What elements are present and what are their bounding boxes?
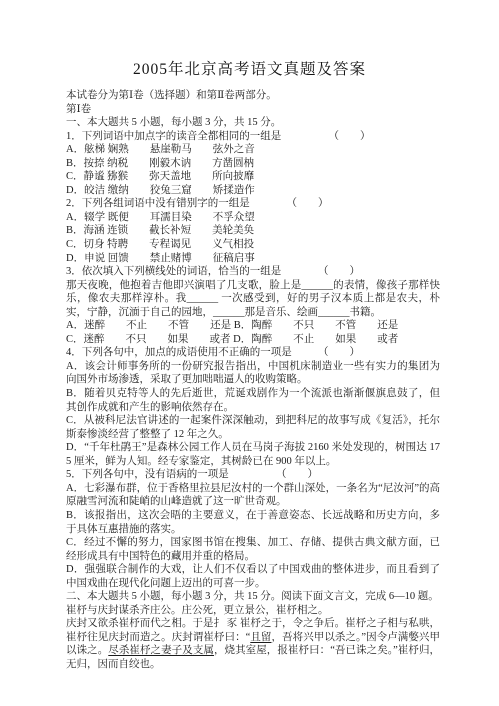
text-line: 第Ⅰ卷 <box>66 103 440 117</box>
text-line: D．申说 回馈 禁止赌博 征稿启事 <box>66 252 440 266</box>
text-line: B．随着贝克特等人的先后逝世，荒诞戏剧作为一个流派也渐渐偃旗息鼓了，但其创作成就… <box>66 387 440 414</box>
underlined-text: 尽杀崔杼之妻子及支属 <box>108 645 214 656</box>
text-line: 崔杼与庆封谋杀齐庄公。庄公死，更立景公，崔杼相之。 <box>66 604 440 618</box>
text-line: C．切身 特聘 专程谒见 义气相投 <box>66 238 440 252</box>
text-segment: 二、本大题共 5 小题，每小题 3 分，共 15 分。阅读下面文言文，完成 6—… <box>66 591 439 602</box>
underlined-text: 且留 <box>250 632 271 643</box>
document-body: 本试卷分为第Ⅰ卷（选择题）和第Ⅱ卷两部分。第Ⅰ卷一、本大题共 5 小题，每小题 … <box>66 89 440 672</box>
text-segment: 1．下列词语中加点字的读音全都相同的一组是 （ ） <box>66 131 371 142</box>
text-segment: 3．依次填入下列横线处的词语，恰当的一组是 （ ） <box>66 266 360 277</box>
text-line: C．经过不懈的努力，国家图书馆在搜集、加工、存储、提供古典文献方面，已经形成具有… <box>66 536 440 563</box>
text-line: C．从被科尼法官讲述的一起案件深深触动，到把科尼的故事写成《复活》，托尔斯泰惨淡… <box>66 414 440 441</box>
text-line: A．辍学 既便 耳濡目染 不孚众望 <box>66 211 440 225</box>
text-line: B．该报指出，这次会晤的主要意义，在于善意姿态、长远战略和历史方向，多于具体互惠… <box>66 509 440 536</box>
text-line: A．该会计师事务所的一份研究报告指出，中国机床制造业一些有实力的集团为向国外市场… <box>66 360 440 387</box>
exam-document-page: 2005年北京高考语文真题及答案 本试卷分为第Ⅰ卷（选择题）和第Ⅱ卷两部分。第Ⅰ… <box>0 0 499 706</box>
text-line: C．静谧 猕猴 弥天盖地 所向披靡 <box>66 170 440 184</box>
text-segment: D．“千年杜鹃王”是森林公园工作人员在马岗子海拔 2160 米处发现的，树围达 … <box>66 442 440 467</box>
text-segment: B．海涵 连锁 截长补短 美轮美奂 <box>66 225 254 236</box>
text-segment: 第Ⅰ卷 <box>66 104 91 115</box>
text-segment: B．随着贝克特等人的先后逝世，荒诞戏剧作为一个流派也渐渐偃旗息鼓了，但其创作成就… <box>66 388 440 413</box>
text-line: 一、本大题共 5 小题，每小题 3 分，共 15 分。 <box>66 116 440 130</box>
text-segment: B．按捺 纳税 刚毅木讷 方凿圆枘 <box>66 158 254 169</box>
text-segment: 本试卷分为第Ⅰ卷（选择题）和第Ⅱ卷两部分。 <box>66 90 277 101</box>
text-line: 4．下列各句中，加点的成语使用不正确的一项是 （ ） <box>66 346 440 360</box>
text-segment: C．静谧 猕猴 弥天盖地 所向披靡 <box>66 171 254 182</box>
text-segment: 5．下列各句中，没有语病的一项是 （ ） <box>66 469 318 480</box>
text-line: A．迷醉 不止 不管 还是 B．陶醉 不只 不管 还是 <box>66 319 440 333</box>
text-line: 5．下列各句中，没有语病的一项是 （ ） <box>66 468 440 482</box>
text-line: 1．下列词语中加点字的读音全都相同的一组是 （ ） <box>66 130 440 144</box>
text-segment: C．经过不懈的努力，国家图书馆在搜集、加工、存储、提供古典文献方面，已经形成具有… <box>66 537 440 562</box>
text-segment: A．迷醉 不止 不管 还是 B．陶醉 不只 不管 还是 <box>66 320 398 331</box>
text-segment: A．七彩瀑布群，位于香格里拉县尼汝村的一个群山深处，一条名为“尼汝河”的高原融雪… <box>66 483 440 508</box>
text-segment: 4．下列各句中，加点的成语使用不正确的一项是 （ ） <box>66 347 360 358</box>
text-segment: 一、本大题共 5 小题，每小题 3 分，共 15 分。 <box>66 117 281 128</box>
text-line: 本试卷分为第Ⅰ卷（选择题）和第Ⅱ卷两部分。 <box>66 89 440 103</box>
text-line: 那天夜晚，他抱着吉他即兴演唱了几支歌，脸上是______的表情，像孩子那样快乐，… <box>66 279 440 320</box>
text-line: D．强强联合制作的大戏，让人们不仅看以了中国戏曲的整体进步，而且看到了中国戏曲在… <box>66 563 440 590</box>
text-line: 二、本大题共 5 小题，每小题 3 分，共 15 分。阅读下面文言文，完成 6—… <box>66 590 440 604</box>
text-segment: D．皎洁 缴纳 狡兔三窟 矫揉造作 <box>66 185 255 196</box>
text-segment: D．强强联合制作的大戏，让人们不仅看以了中国戏曲的整体进步，而且看到了中国戏曲在… <box>66 564 440 589</box>
text-line: B．按捺 纳税 刚毅木讷 方凿圆枘 <box>66 157 440 171</box>
text-segment: D．申说 回馈 禁止赌博 征稿启事 <box>66 253 255 264</box>
text-segment: 那天夜晚，他抱着吉他即兴演唱了几支歌，脸上是______的表情，像孩子那样快乐，… <box>66 280 440 318</box>
text-segment: C．从被科尼法官讲述的一起案件深深触动，到把科尼的故事写成《复活》，托尔斯泰惨淡… <box>66 415 440 440</box>
text-segment: 崔杼与庆封谋杀齐庄公。庄公死，更立景公，崔杼相之。 <box>66 605 329 616</box>
text-segment: B．该报指出，这次会晤的主要意义，在于善意姿态、长远战略和历史方向，多于具体互惠… <box>66 510 440 535</box>
text-segment: C．迷醉 不只 如果 或者 D．陶醉 不止 如果 或者 <box>66 334 398 345</box>
text-segment: 2．下列各组词语中没有错别字的一组是 （ ） <box>66 198 329 209</box>
text-line: 庆封又欲杀崔杼而代之相。于是扌 豕 崔杼之于，令之争后。崔杼之子相与私哄，崔杼往… <box>66 617 440 671</box>
text-line: D．“千年杜鹃王”是森林公园工作人员在马岗子海拔 2160 米处发现的，树围达 … <box>66 441 440 468</box>
text-line: C．迷醉 不只 如果 或者 D．陶醉 不止 如果 或者 <box>66 333 440 347</box>
text-line: D．皎洁 缴纳 狡兔三窟 矫揉造作 <box>66 184 440 198</box>
text-line: A．舷梯 娴熟 悬崖勒马 弦外之音 <box>66 143 440 157</box>
text-segment: A．舷梯 娴熟 悬崖勒马 弦外之音 <box>66 144 255 155</box>
page-title: 2005年北京高考语文真题及答案 <box>0 0 499 79</box>
text-segment: A．该会计师事务所的一份研究报告指出，中国机床制造业一些有实力的集团为向国外市场… <box>66 361 440 386</box>
text-line: B．海涵 连锁 截长补短 美轮美奂 <box>66 224 440 238</box>
text-segment: A．辍学 既便 耳濡目染 不孚众望 <box>66 212 255 223</box>
text-segment: C．切身 特聘 专程谒见 义气相投 <box>66 239 254 250</box>
text-line: 3．依次填入下列横线处的词语，恰当的一组是 （ ） <box>66 265 440 279</box>
text-line: A．七彩瀑布群，位于香格里拉县尼汝村的一个群山深处，一条名为“尼汝河”的高原融雪… <box>66 482 440 509</box>
text-line: 2．下列各组词语中没有错别字的一组是 （ ） <box>66 197 440 211</box>
